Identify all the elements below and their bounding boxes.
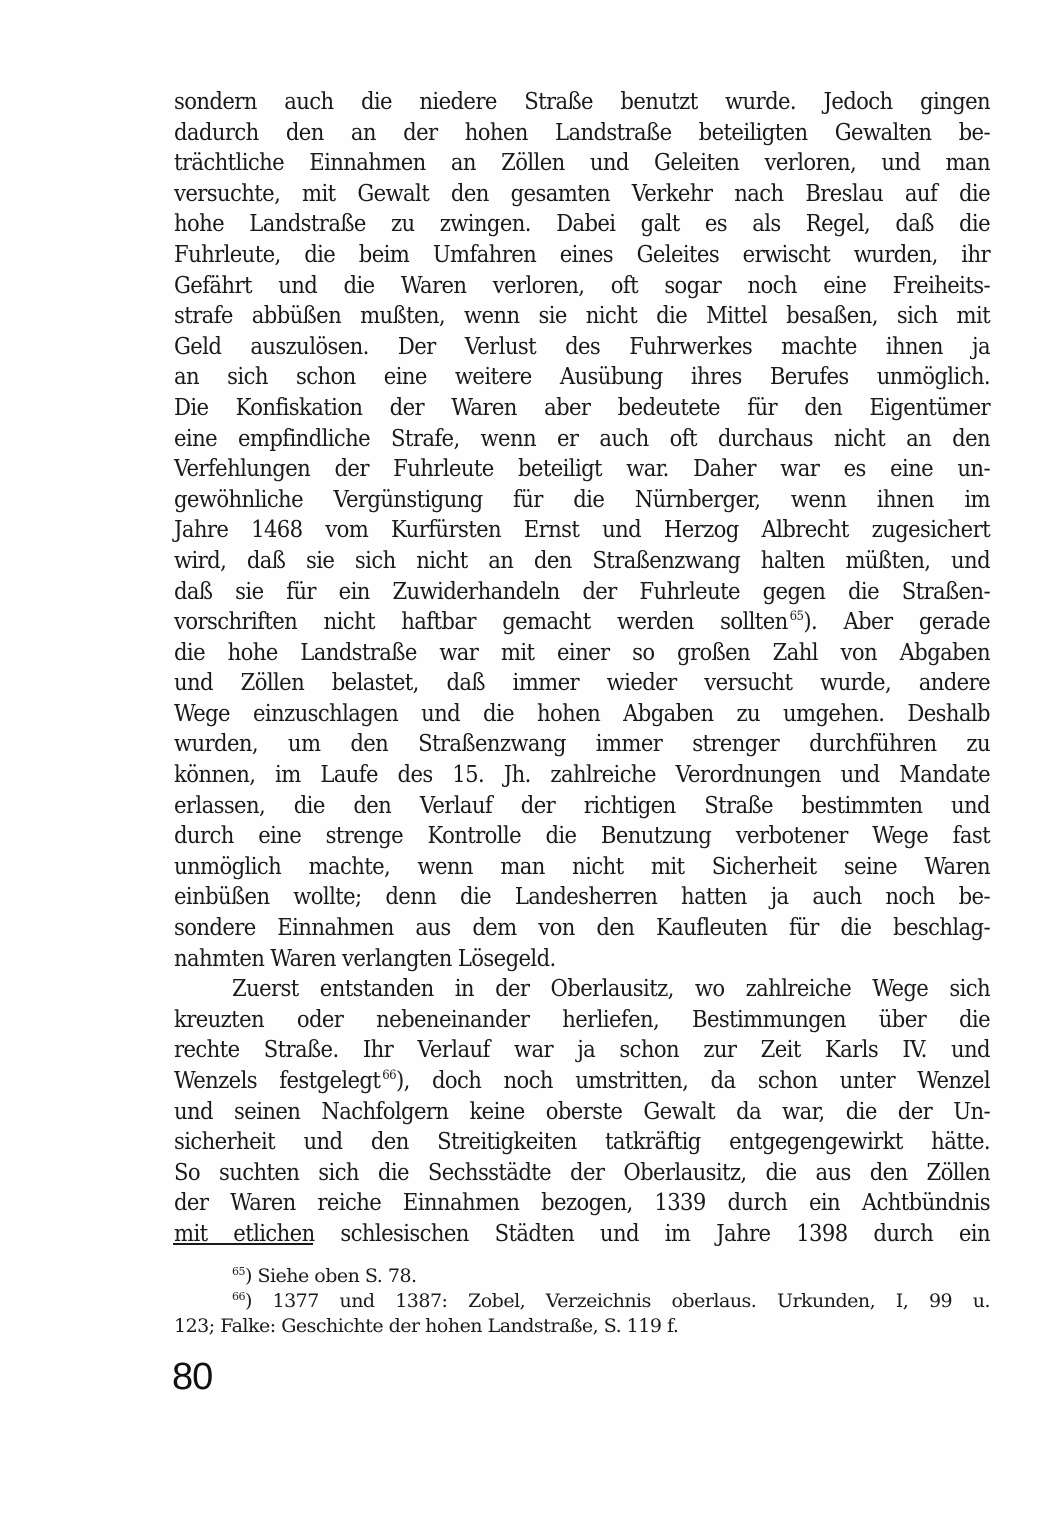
footnote-65: 65) Siehe oben S. 78. [174,1264,990,1289]
text-line: Wege einzuschlagen und die hohen Abgaben… [174,698,990,729]
footnote-text: ) Siehe oben S. 78. [245,1265,417,1287]
text-line: unmöglich machte, wenn man nicht mit Sic… [174,851,990,882]
text-line: Gefährt und die Waren verloren, oft soga… [174,270,990,301]
text-segment: Wenzels festgelegt [174,1066,380,1094]
text-segment: ). Aber gerade [803,607,990,635]
text-line: an sich schon eine weitere Ausübung ihre… [174,361,990,392]
text-line: Jahre 1468 vom Kurfürsten Ernst und Herz… [174,514,990,545]
text-line-with-footnote: Wenzels festgelegt66), doch noch umstrit… [174,1065,990,1096]
footnotes: 65) Siehe oben S. 78. 66) 1377 und 1387:… [174,1264,990,1339]
footnote-66: 66) 1377 und 1387: Zobel, Verzeichnis ob… [174,1289,990,1314]
text-line: der Waren reiche Einnahmen bezogen, 1339… [174,1187,990,1218]
text-line: wird, daß sie sich nicht an den Straßenz… [174,545,990,576]
text-line: rechte Straße. Ihr Verlauf war ja schon … [174,1034,990,1065]
text-line: Die Konfiskation der Waren aber bedeutet… [174,392,990,423]
text-line: versuchte, mit Gewalt den gesamten Verke… [174,178,990,209]
footnote-mark: 66 [232,1290,245,1303]
text-line: So suchten sich die Sechsstädte der Ober… [174,1157,990,1188]
text-line: und Zöllen belastet, daß immer wieder ve… [174,667,990,698]
text-line: sondern auch die niedere Straße benutzt … [174,86,990,117]
text-line: nahmten Waren verlangten Lösegeld. [174,943,990,974]
text-line: Verfehlungen der Fuhrleute beteiligt war… [174,453,990,484]
text-line-with-footnote: vorschriften nicht haftbar gemacht werde… [174,606,990,637]
footnote-66-continued: 123; Falke: Geschichte der hohen Landstr… [174,1314,990,1339]
text-line: wurden, um den Straßenzwang immer streng… [174,728,990,759]
page-number: 80 [172,1357,212,1397]
text-line: kreuzten oder nebeneinander herliefen, B… [174,1004,990,1035]
text-line: sondere Einnahmen aus dem von den Kaufle… [174,912,990,943]
text-line: daß sie für ein Zuwiderhandeln der Fuhrl… [174,576,990,607]
text-line: hohe Landstraße zu zwingen. Dabei galt e… [174,208,990,239]
text-line: sicherheit und den Streitigkeiten tatkrä… [174,1126,990,1157]
footnote-ref-65[interactable]: 65 [790,609,804,624]
footnote-divider [173,1243,313,1245]
text-line: Geld auszulösen. Der Verlust des Fuhrwer… [174,331,990,362]
footnote-ref-66[interactable]: 66 [382,1068,396,1083]
text-line: und seinen Nachfolgern keine oberste Gew… [174,1096,990,1127]
text-line: erlassen, die den Verlauf der richtigen … [174,790,990,821]
text-line: einbüßen wollte; denn die Landesherren h… [174,881,990,912]
body-text: sondern auch die niedere Straße benutzt … [174,86,990,1249]
text-line: Zuerst entstanden in der Oberlausitz, wo… [174,973,990,1004]
book-page: sondern auch die niedere Straße benutzt … [0,0,1063,1535]
text-line: strafe abbüßen mußten, wenn sie nicht di… [174,300,990,331]
text-line: trächtliche Einnahmen an Zöllen und Gele… [174,147,990,178]
text-segment: ), doch noch umstritten, da schon unter … [396,1066,990,1094]
footnote-text: ) 1377 und 1387: Zobel, Verzeichnis ober… [245,1290,990,1312]
text-line: gewöhnliche Vergünstigung für die Nürnbe… [174,484,990,515]
text-line: durch eine strenge Kontrolle die Benutzu… [174,820,990,851]
text-line: eine empfindliche Strafe, wenn er auch o… [174,423,990,454]
text-line: die hohe Landstraße war mit einer so gro… [174,637,990,668]
text-line: dadurch den an der hohen Landstraße bete… [174,117,990,148]
text-line: Fuhrleute, die beim Umfahren eines Gelei… [174,239,990,270]
text-line: können, im Laufe des 15. Jh. zahlreiche … [174,759,990,790]
text-segment: vorschriften nicht haftbar gemacht werde… [174,607,788,635]
footnote-mark: 65 [232,1265,245,1278]
